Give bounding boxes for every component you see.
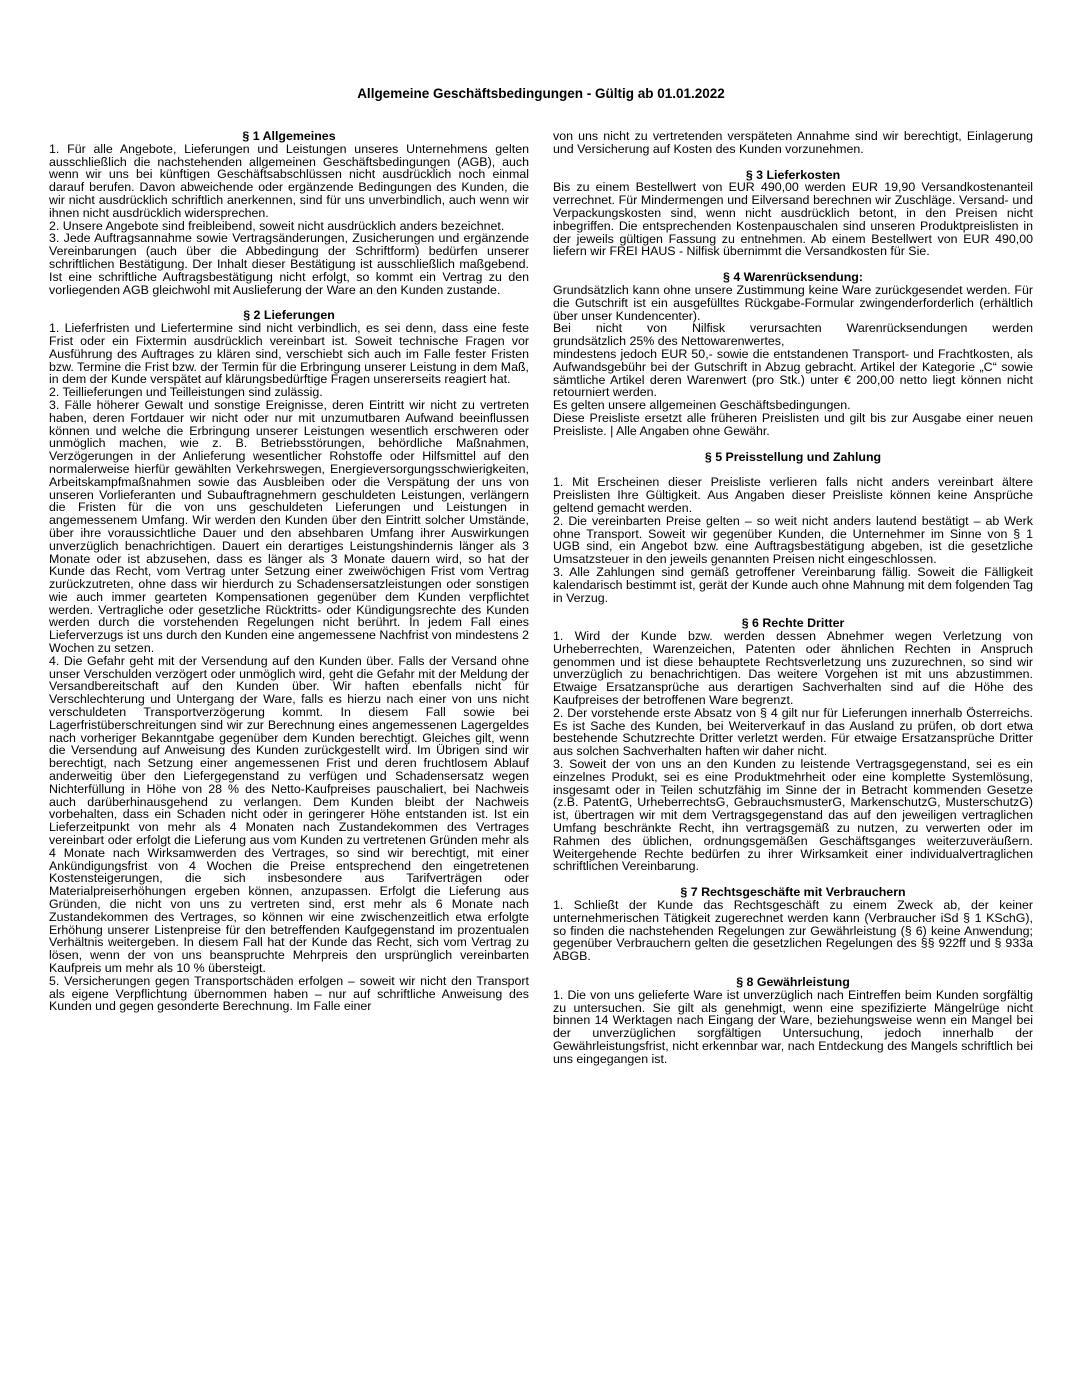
paragraph: 1. Schließt der Kunde das Rechtsgeschäft… xyxy=(553,899,1033,963)
paragraph: 2. Die vereinbarten Preise gelten – so w… xyxy=(553,515,1033,566)
paragraph: 1. Lieferfristen und Liefertermine sind … xyxy=(49,322,529,386)
heading-allgemeines: § 1 Allgemeines xyxy=(49,130,529,143)
paragraph: Grundsätzlich kann ohne unsere Zustimmun… xyxy=(553,284,1033,322)
right-column: von uns nicht zu vertretenden verspätete… xyxy=(553,130,1033,1066)
document-title: Allgemeine Geschäftsbedingungen - Gültig… xyxy=(49,86,1033,101)
heading-gewaehrleistung: § 8 Gewährleistung xyxy=(553,976,1033,989)
paragraph: Diese Preisliste ersetzt alle früheren P… xyxy=(553,412,1033,438)
two-column-layout: § 1 Allgemeines 1. Für alle Angebote, Li… xyxy=(49,130,1033,1066)
paragraph: 3. Soweit der von uns an den Kunden zu l… xyxy=(553,758,1033,873)
left-column: § 1 Allgemeines 1. Für alle Angebote, Li… xyxy=(49,130,529,1066)
paragraph: 2. Der vorstehende erste Absatz von § 4 … xyxy=(553,707,1033,758)
paragraph: 3. Fälle höherer Gewalt und sonstige Ere… xyxy=(49,399,529,655)
agb-document-page: Allgemeine Geschäftsbedingungen - Gültig… xyxy=(0,0,1080,1397)
paragraph: 5. Versicherungen gegen Transportschäden… xyxy=(49,975,529,1013)
paragraph: Bis zu einem Bestellwert von EUR 490,00 … xyxy=(553,181,1033,258)
paragraph: 1. Wird der Kunde bzw. werden dessen Abn… xyxy=(553,630,1033,707)
paragraph: 1. Mit Erscheinen dieser Preisliste verl… xyxy=(553,476,1033,514)
paragraph: 1. Für alle Angebote, Lieferungen und Le… xyxy=(49,143,529,220)
paragraph: 3. Alle Zahlungen sind gemäß getroffener… xyxy=(553,566,1033,604)
paragraph: 1. Die von uns gelieferte Ware ist unver… xyxy=(553,989,1033,1066)
paragraph: 3. Jede Auftragsannahme sowie Vertragsän… xyxy=(49,232,529,296)
paragraph: mindestens jedoch EUR 50,- sowie die ent… xyxy=(553,348,1033,399)
paragraph: 4. Die Gefahr geht mit der Versendung au… xyxy=(49,655,529,975)
heading-preisstellung-und-zahlung: § 5 Preisstellung und Zahlung xyxy=(553,451,1033,464)
paragraph-continuation: von uns nicht zu vertretenden verspätete… xyxy=(553,130,1033,156)
